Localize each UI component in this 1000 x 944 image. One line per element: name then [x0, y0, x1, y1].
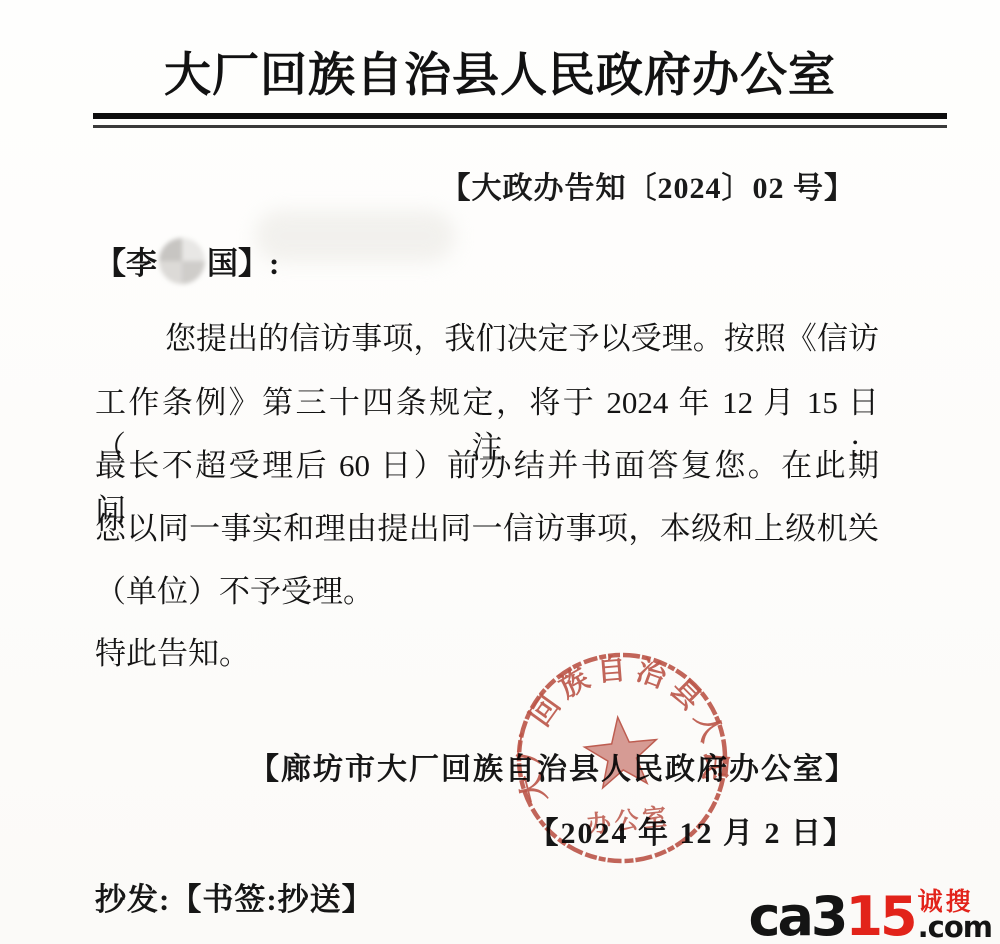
body-line: （单位）不予受理。 — [95, 566, 879, 611]
watermark-com-suffix: .com — [918, 915, 992, 940]
watermark-logo: ca315 诚搜 .com — [748, 891, 992, 940]
watermark-right-column: 诚搜 .com — [918, 891, 992, 940]
redaction-smudge — [255, 210, 455, 262]
date-line: 【2024 年 12 月 2 日】 — [529, 808, 856, 852]
document-page: 大厂回族自治县人民政府办公室 【大政办告知〔2024〕02 号】 【李国】: 您… — [0, 0, 1000, 944]
header-rule-thick — [93, 113, 947, 119]
redacted-name-blur — [159, 238, 205, 284]
watermark-cn-text: 诚搜 — [918, 891, 974, 912]
addressee-line: 【李国】: — [95, 238, 279, 284]
signature-line: 【廊坊市大厂回族自治县人民政府办公室】 — [249, 744, 857, 788]
page-title: 大厂回族自治县人民政府办公室 — [0, 38, 1000, 105]
body-line: 您提出的信访事项，我们决定予以受理。按照《信访 — [95, 313, 879, 358]
header-rule-thin — [93, 125, 947, 128]
closing-line: 特此告知。 — [95, 628, 879, 673]
watermark-15: 15 — [845, 894, 914, 940]
addressee-suffix: 国】: — [207, 246, 279, 281]
addressee-prefix: 【李 — [95, 246, 157, 281]
watermark-ca3: ca3 — [748, 894, 845, 940]
body-line: 您以同一事实和理由提出同一信访事项，本级和上级机关 — [95, 503, 879, 548]
copy-distribution-line: 抄发:【书签:抄送】 — [95, 874, 374, 919]
doc-number: 【大政办告知〔2024〕02 号】 — [441, 163, 856, 207]
